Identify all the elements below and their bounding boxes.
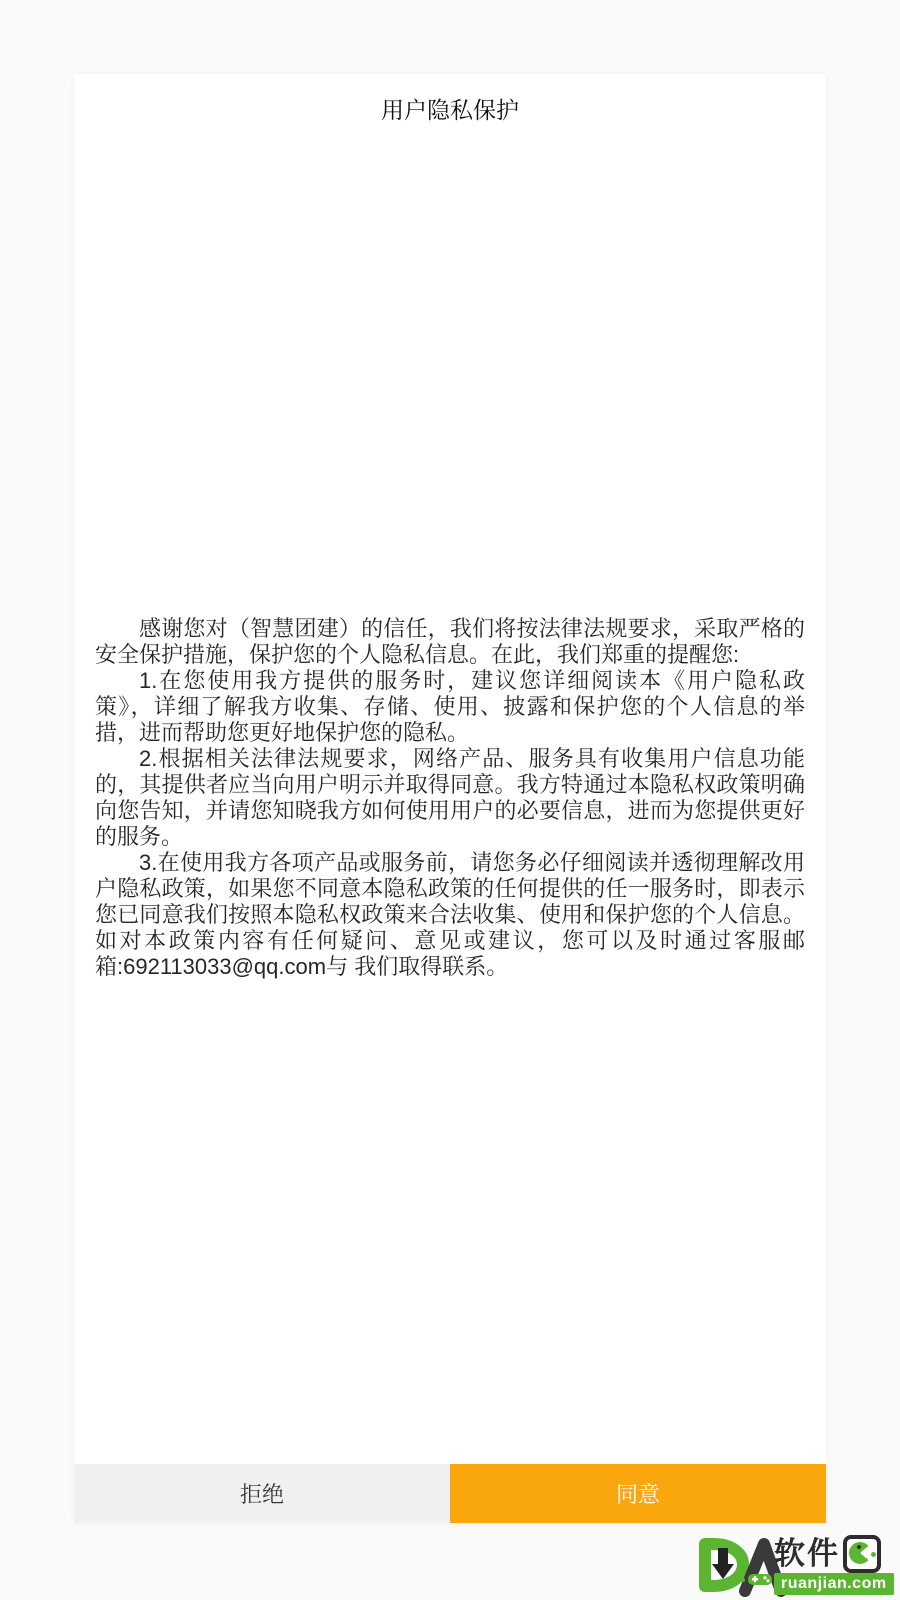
privacy-dialog: 用户隐私保护 感谢您对（智慧团建）的信任，我们将按法律法规要求，采取严格的安全保…	[74, 74, 826, 1523]
dialog-button-row: 拒绝 同意	[74, 1464, 826, 1523]
reject-button[interactable]: 拒绝	[74, 1464, 450, 1523]
policy-paragraph-1: 1.在您使用我方提供的服务时，建议您详细阅读本《用户隐私政策》，详细了解我方收集…	[95, 668, 805, 746]
policy-paragraph-2: 2.根据相关法律法规要求，网络产品、服务具有收集用户信息功能的，其提供者应当向用…	[95, 746, 805, 850]
tu-pacman-icon	[843, 1535, 881, 1573]
pacman-eye	[857, 1545, 861, 1549]
ruanjian-watermark: 软件 ruanjian.com	[688, 1535, 900, 1597]
dialog-title: 用户隐私保护	[74, 96, 826, 124]
agree-button[interactable]: 同意	[450, 1464, 826, 1523]
watermark-domain: ruanjian.com	[774, 1573, 894, 1595]
watermark-brand-text: 软件	[774, 1536, 840, 1572]
watermark-brand-row: 软件	[774, 1535, 881, 1573]
policy-paragraph-3: 3.在使用我方各项产品或服务前，请您务必仔细阅读并透彻理解改用户隐私政策，如果您…	[95, 850, 805, 980]
card-spacer	[74, 980, 826, 1464]
da-logo-icon	[688, 1535, 788, 1597]
watermark-text-block: 软件 ruanjian.com	[774, 1535, 894, 1595]
policy-text: 感谢您对（智慧团建）的信任，我们将按法律法规要求，采取严格的安全保护措施，保护您…	[74, 616, 826, 980]
policy-paragraph-intro: 感谢您对（智慧团建）的信任，我们将按法律法规要求，采取严格的安全保护措施，保护您…	[95, 616, 805, 668]
pacman-dot	[871, 1552, 876, 1557]
